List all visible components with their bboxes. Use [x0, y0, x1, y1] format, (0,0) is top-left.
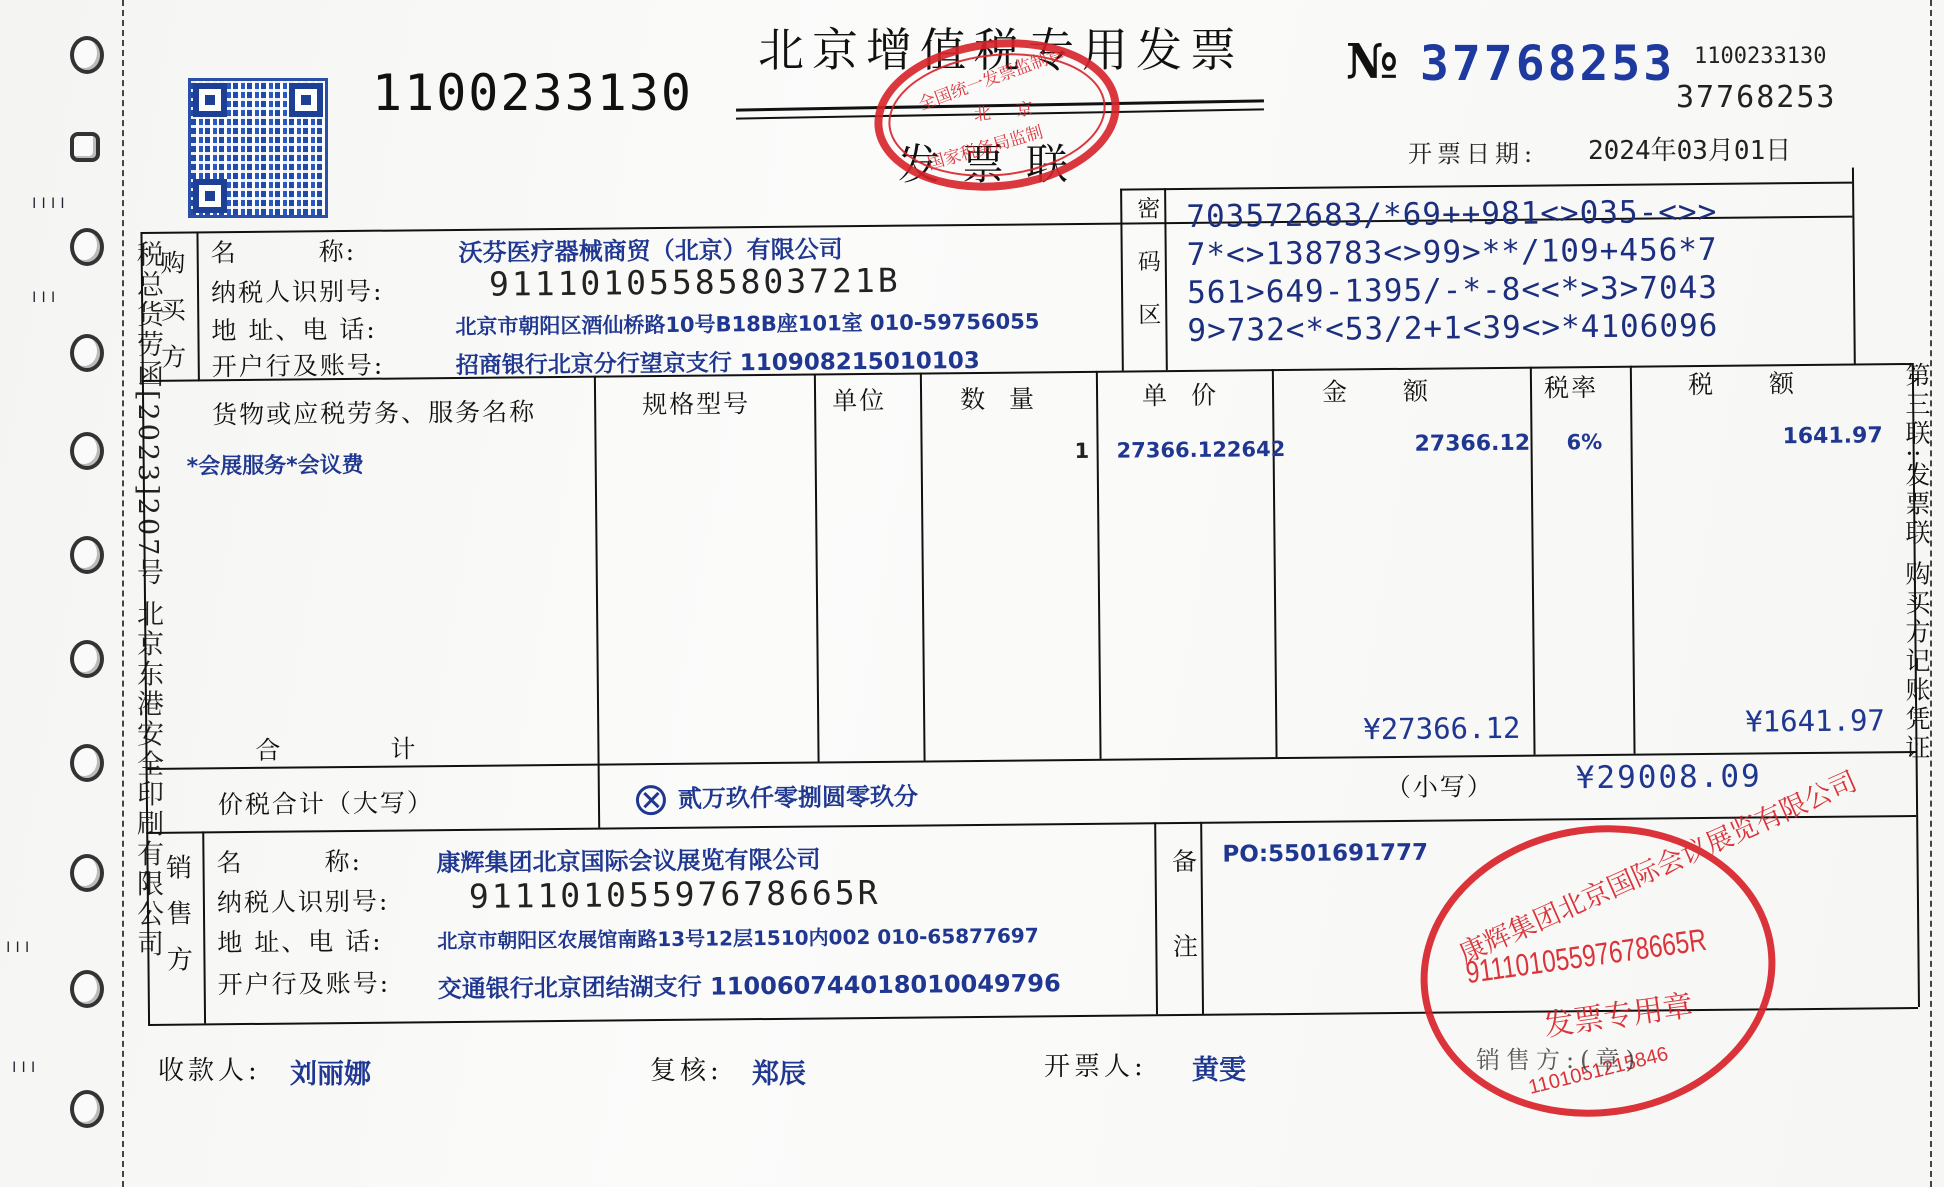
item-name: *会展服务*会议费 — [187, 448, 364, 481]
cipher-section-label: 密码区 — [1130, 196, 1165, 355]
perforation-hole-icon — [70, 536, 104, 574]
col-header-name: 货物或应税劳务、服务名称 — [212, 392, 536, 431]
column-divider — [814, 374, 820, 762]
grand-total-label: 价税合计（大写） — [218, 783, 434, 821]
grand-total-words: 贰万玖仟零捌圆零玖分 — [636, 777, 918, 816]
perforation-hole-icon — [70, 640, 104, 678]
buyer-tax-id: 91110105585803721B — [489, 261, 901, 304]
column-divider — [1530, 367, 1536, 755]
issuer-name: 黄雯 — [1192, 1048, 1246, 1087]
perforation-hole-icon — [70, 854, 104, 892]
payee-label: 收款人: — [158, 1050, 261, 1087]
issue-date: 2024年03月01日 — [1588, 130, 1791, 167]
item-amount: 27366.12 — [1414, 431, 1530, 457]
grand-total-words-text: 贰万玖仟零捌圆零玖分 — [678, 783, 918, 813]
cipher-line: 9>732<*<53/2+1<39<>*4106096 — [1187, 307, 1718, 350]
seller-stamp-label: 销售方:(章) — [1476, 1040, 1641, 1075]
col-header-unit: 单位 — [832, 381, 886, 418]
col-header-amount: 金 额 — [1322, 372, 1430, 409]
table-border — [1120, 182, 1852, 191]
buyer-address-label: 地 址、电 话: — [211, 310, 377, 348]
column-divider — [594, 376, 600, 764]
table-divider — [196, 231, 199, 381]
col-header-tax-rate: 税率 — [1544, 368, 1598, 405]
col-header-tax-amount: 税 额 — [1688, 364, 1796, 401]
strip-mark: ǀǀǀ — [30, 290, 58, 306]
seal-bottom-text: 国家税务局监制 — [924, 118, 1045, 175]
grand-total-small-label: （小写） — [1386, 767, 1494, 804]
table-divider — [1120, 189, 1124, 371]
table-divider — [1154, 822, 1158, 1014]
table-divider — [202, 831, 206, 1023]
table-border — [1852, 168, 1856, 364]
currency-x-circle-icon — [636, 785, 666, 815]
remarks-text: PO:5501691777 — [1222, 840, 1428, 868]
cipher-line: 561>649-1395/-*-8<<*>3>7043 — [1187, 269, 1718, 312]
col-header-spec: 规格型号 — [642, 384, 750, 421]
seller-address-label: 地 址、电 话: — [217, 922, 383, 960]
invoice-code: 1100233130 — [372, 64, 693, 122]
seller-address-phone: 北京市朝阳区农展馆南路13号12层1510内002 010-65877697 — [437, 919, 1039, 954]
payee-name: 刘丽娜 — [290, 1052, 371, 1091]
invoice-number-small: 37768253 — [1676, 80, 1837, 115]
perforation-hole-icon — [70, 132, 100, 162]
strip-mark: ǀǀǀ — [10, 1060, 38, 1076]
seal-center-text: 发票专用章 — [1541, 980, 1696, 1044]
perforation-hole-icon — [70, 228, 104, 266]
buyer-address-phone: 北京市朝阳区酒仙桥路10号B18B座101室 010-59756055 — [455, 305, 1039, 341]
perforation-line — [122, 0, 124, 1187]
total-label: 合 计 — [255, 729, 417, 767]
buyer-tax-id-label: 纳税人识别号: — [211, 272, 384, 310]
reviewer-label: 复核: — [650, 1050, 723, 1087]
item-tax-rate: 6% — [1566, 430, 1602, 454]
strip-mark: ǀǀǀ — [4, 940, 32, 956]
qr-finder-icon — [289, 83, 323, 117]
invoice-paper: ǀǀǀǀ ǀǀǀ ǀǀǀ ǀǀǀ 税总货劳函[2023]207号 北京东港安全印… — [0, 0, 1944, 1187]
perforation-hole-icon — [70, 744, 104, 782]
col-header-quantity: 数 量 — [960, 379, 1042, 416]
seller-tax-id-label: 纳税人识别号: — [217, 882, 390, 920]
reviewer-name: 郑辰 — [752, 1052, 806, 1091]
column-divider — [920, 373, 926, 761]
grand-total-figures: ¥29008.09 — [1576, 758, 1762, 796]
table-divider — [1164, 188, 1168, 370]
cipher-line: 7*<>138783<>99>**/109+456*7 — [1187, 231, 1718, 274]
seller-bank-account: 交通银行北京团结湖支行 110060744018010049796 — [438, 963, 1061, 1004]
seller-bank-label: 开户行及账号: — [218, 964, 391, 1002]
seller-name-label: 名 称: — [216, 842, 362, 879]
total-tax: ¥1641.97 — [1745, 703, 1885, 738]
perforation-hole-icon — [70, 970, 104, 1008]
column-divider — [1630, 366, 1636, 754]
seal-middle-text: 北 京 — [972, 93, 1044, 125]
perforation-strip: ǀǀǀǀ ǀǀǀ ǀǀǀ ǀǀǀ — [0, 0, 120, 1187]
perforation-hole-icon — [70, 334, 104, 372]
perforation-hole-icon — [70, 36, 104, 74]
seller-section-label: 销售方 — [158, 853, 196, 991]
number-sign: № — [1346, 34, 1398, 90]
column-divider — [1096, 371, 1102, 759]
col-header-unit-price: 单 价 — [1142, 376, 1224, 413]
total-amount: ¥27366.12 — [1363, 711, 1520, 747]
perforation-hole-icon — [70, 1090, 104, 1128]
item-unit-price: 27366.122642 — [1116, 437, 1285, 463]
issue-date-label: 开票日期: — [1408, 134, 1537, 169]
remarks-label: 备注 — [1164, 848, 1202, 1018]
column-divider — [1272, 369, 1278, 757]
issuer-label: 开票人: — [1044, 1046, 1147, 1083]
copy-note: 第三联:发票联 购买方记账凭证 — [1898, 362, 1934, 763]
strip-mark: ǀǀǀǀ — [30, 196, 68, 212]
item-quantity: 1 — [1074, 439, 1089, 463]
perforation-hole-icon — [70, 432, 104, 470]
table-divider — [598, 764, 601, 828]
item-tax-amount: 1641.97 — [1782, 423, 1882, 449]
invoice-code-small: 1100233130 — [1694, 44, 1826, 69]
seller-name: 康辉集团北京国际会议展览有限公司 — [436, 839, 820, 878]
buyer-section-label: 购买方 — [153, 250, 190, 391]
buyer-name-label: 名 称: — [210, 232, 356, 269]
cipher-line: 703572683/*69++981<>035-<>> — [1186, 193, 1717, 236]
qr-finder-icon — [193, 83, 227, 117]
seller-tax-id: 91110105597678665R — [469, 873, 881, 916]
invoice-number: 37768253 — [1420, 36, 1675, 92]
